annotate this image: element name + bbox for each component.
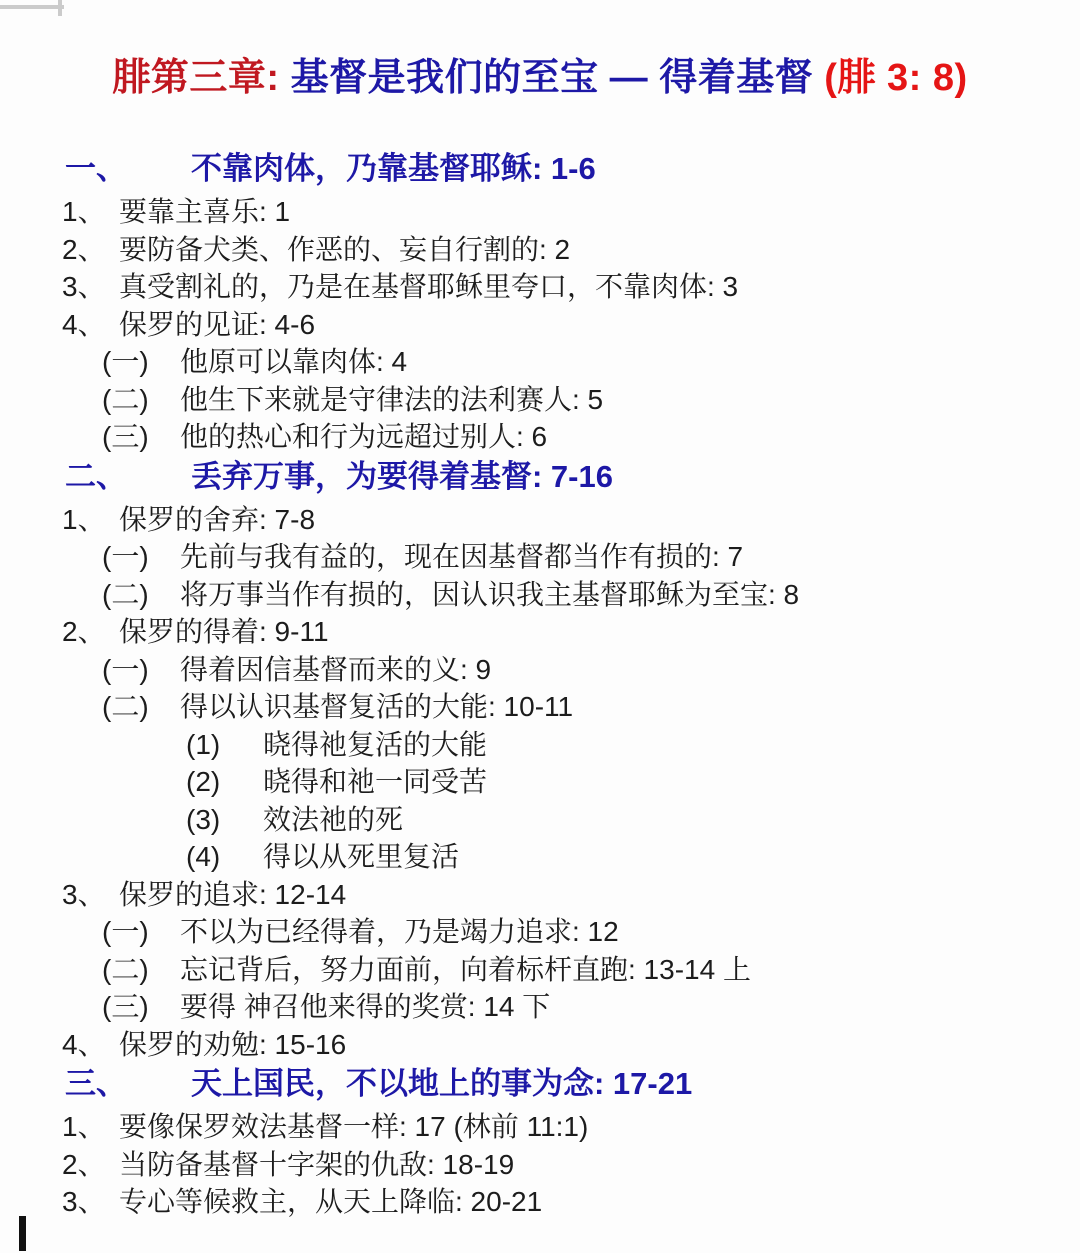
outline-row: 1、要像保罗效法基督一样: 17 (林前 11:1) [0, 1108, 1080, 1146]
outline-text: 保罗的劝勉: 15-16 [119, 1026, 346, 1064]
outline-row: 1、要靠主喜乐: 1 [0, 193, 1080, 231]
outline-text: 要防备犬类、作恶的、妄自行割的: 2 [119, 231, 570, 269]
outline-text: 先前与我有益的，现在因基督都当作有损的: 7 [180, 538, 743, 576]
outline-row: (二)他生下来就是守律法的法利赛人: 5 [0, 381, 1080, 419]
outline-marker: (二) [102, 381, 180, 419]
outline-text: 效法祂的死 [263, 801, 403, 839]
outline-text: 当防备基督十字架的仇敌: 18-19 [119, 1146, 514, 1184]
outline-row: (二)将万事当作有损的，因认识我主基督耶稣为至宝: 8 [0, 576, 1080, 614]
outline-marker: (一) [102, 343, 180, 381]
outline-row: (一)得着因信基督而来的义: 9 [0, 651, 1080, 689]
outline-text: 天上国民，不以地上的事为念: 17-21 [191, 1065, 692, 1103]
outline-text: 真受割礼的，乃是在基督耶稣里夸口，不靠肉体: 3 [119, 268, 738, 306]
outline-text: 保罗的舍弃: 7-8 [119, 501, 315, 539]
outline-row: (一)他原可以靠肉体: 4 [0, 343, 1080, 381]
outline-text: 丢弃万事，为要得着基督: 7-16 [191, 458, 613, 496]
outline-row: 2、当防备基督十字架的仇敌: 18-19 [0, 1146, 1080, 1184]
outline-marker: 三、 [65, 1065, 191, 1103]
outline-text: 晓得祂复活的大能 [263, 726, 487, 764]
outline-marker: 4、 [62, 306, 119, 344]
outline-row: 2、保罗的得着: 9-11 [0, 613, 1080, 651]
outline-marker: 3、 [62, 268, 119, 306]
outline-text: 保罗的得着: 9-11 [119, 613, 329, 651]
outline-row: (4)得以从死里复活 [0, 838, 1080, 876]
outline-marker: (2) [186, 763, 263, 801]
outline-row: 1、保罗的舍弃: 7-8 [0, 501, 1080, 539]
outline-marker: (二) [102, 951, 180, 989]
outline-marker: (3) [186, 801, 263, 839]
outline: 一、不靠肉体，乃靠基督耶稣: 1-61、要靠主喜乐: 12、要防备犬类、作恶的、… [0, 148, 1080, 1221]
outline-marker: (4) [186, 838, 263, 876]
outline-row: (3)效法祂的死 [0, 801, 1080, 839]
outline-row: 3、专心等候救主，从天上降临: 20-21 [0, 1183, 1080, 1221]
outline-row: 4、保罗的见证: 4-6 [0, 306, 1080, 344]
outline-text: 要得 神召他来得的奖赏: 14 下 [180, 988, 550, 1026]
outline-marker: 一、 [65, 150, 191, 188]
outline-text: 专心等候救主，从天上降临: 20-21 [119, 1183, 542, 1221]
outline-marker: (三) [102, 988, 180, 1026]
outline-text: 不以为已经得着，乃是竭力追求: 12 [180, 913, 619, 951]
outline-text: 要像保罗效法基督一样: 17 (林前 11:1) [119, 1108, 588, 1146]
outline-section-heading: 一、不靠肉体，乃靠基督耶稣: 1-6 [0, 148, 1080, 193]
outline-row: 3、保罗的追求: 12-14 [0, 876, 1080, 914]
outline-text: 忘记背后，努力面前，向着标杆直跑: 13-14 上 [180, 951, 751, 989]
title-scripture-ref: (腓 3: 8) [824, 57, 967, 99]
outline-marker: 1、 [62, 193, 119, 231]
outline-marker: (二) [102, 688, 180, 726]
outline-marker: 二、 [65, 458, 191, 496]
outline-marker: (一) [102, 913, 180, 951]
outline-row: (1)晓得祂复活的大能 [0, 726, 1080, 764]
outline-row: 4、保罗的劝勉: 15-16 [0, 1026, 1080, 1064]
outline-marker: 4、 [62, 1026, 119, 1064]
outline-text: 保罗的见证: 4-6 [119, 306, 315, 344]
outline-text: 他原可以靠肉体: 4 [180, 343, 407, 381]
outline-text: 保罗的追求: 12-14 [119, 876, 346, 914]
outline-text: 他的热心和行为远超过别人: 6 [180, 418, 547, 456]
outline-text: 得着因信基督而来的义: 9 [180, 651, 491, 689]
outline-marker: (二) [102, 576, 180, 614]
document-page: 腓第三章: 基督是我们的至宝 — 得着基督 (腓 3: 8) 一、不靠肉体，乃靠… [0, 0, 1080, 1253]
outline-row: (一)先前与我有益的，现在因基督都当作有损的: 7 [0, 538, 1080, 576]
outline-text: 得以认识基督复活的大能: 10-11 [180, 688, 573, 726]
outline-marker: 1、 [62, 501, 119, 539]
outline-row: 3、真受割礼的，乃是在基督耶稣里夸口，不靠肉体: 3 [0, 268, 1080, 306]
outline-section-heading: 二、丢弃万事，为要得着基督: 7-16 [0, 456, 1080, 501]
outline-row: (二)忘记背后，努力面前，向着标杆直跑: 13-14 上 [0, 951, 1080, 989]
outline-row: (二)得以认识基督复活的大能: 10-11 [0, 688, 1080, 726]
outline-row: 2、要防备犬类、作恶的、妄自行割的: 2 [0, 231, 1080, 269]
outline-marker: 3、 [62, 1183, 119, 1221]
scan-ink-bar-artifact [19, 1216, 26, 1251]
outline-marker: (1) [186, 726, 263, 764]
outline-text: 得以从死里复活 [263, 838, 459, 876]
outline-row: (三)他的热心和行为远超过别人: 6 [0, 418, 1080, 456]
outline-marker: 2、 [62, 613, 119, 651]
outline-section-heading: 三、天上国民，不以地上的事为念: 17-21 [0, 1063, 1080, 1108]
outline-marker: 3、 [62, 876, 119, 914]
outline-text: 将万事当作有损的，因认识我主基督耶稣为至宝: 8 [180, 576, 799, 614]
outline-marker: 1、 [62, 1108, 119, 1146]
title-book-part: 腓第三章: [112, 57, 290, 99]
outline-text: 他生下来就是守律法的法利赛人: 5 [180, 381, 603, 419]
outline-row: (2)晓得和祂一同受苦 [0, 763, 1080, 801]
page-title: 腓第三章: 基督是我们的至宝 — 得着基督 (腓 3: 8) [0, 0, 1080, 102]
outline-marker: 2、 [62, 231, 119, 269]
outline-text: 要靠主喜乐: 1 [119, 193, 290, 231]
outline-marker: (一) [102, 651, 180, 689]
scan-corner-mark-vertical [58, 0, 62, 16]
scan-corner-mark-horizontal [0, 5, 64, 9]
outline-marker: 2、 [62, 1146, 119, 1184]
outline-marker: (一) [102, 538, 180, 576]
outline-row: (三)要得 神召他来得的奖赏: 14 下 [0, 988, 1080, 1026]
outline-row: (一)不以为已经得着，乃是竭力追求: 12 [0, 913, 1080, 951]
outline-text: 晓得和祂一同受苦 [263, 763, 487, 801]
outline-marker: (三) [102, 418, 180, 456]
title-main-part: 基督是我们的至宝 — 得着基督 [291, 57, 825, 99]
outline-text: 不靠肉体，乃靠基督耶稣: 1-6 [191, 150, 596, 188]
